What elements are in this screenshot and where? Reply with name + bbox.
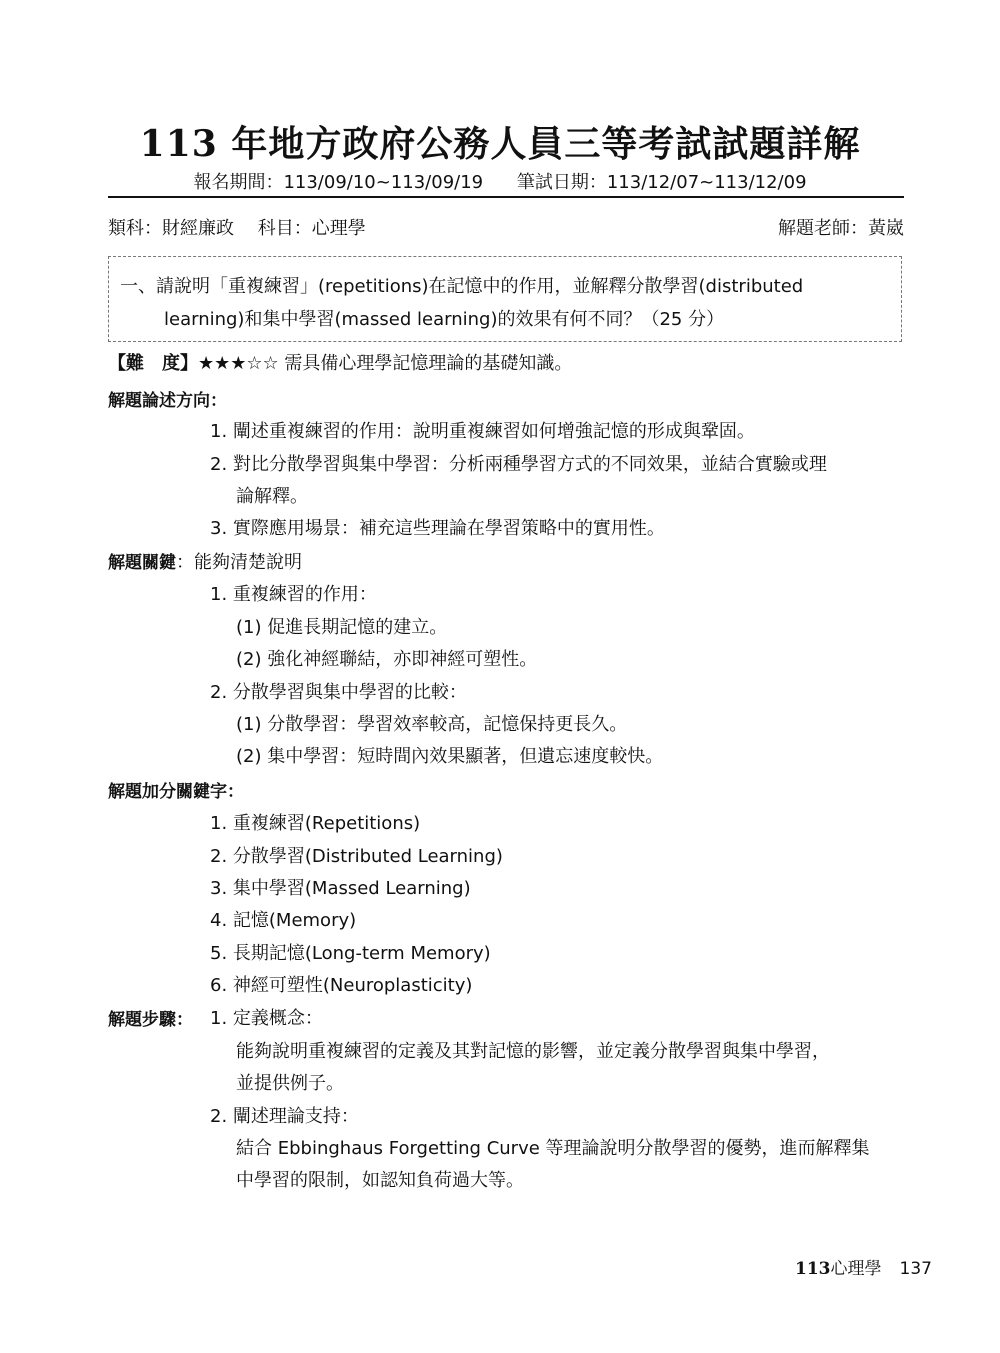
page-footer: 113心理學137	[795, 1254, 932, 1279]
keyword-item: 6. 神經可塑性(Neuroplasticity)	[210, 971, 472, 997]
footer-subject: 心理學	[831, 1259, 882, 1279]
step-item: 中學習的限制，如認知負荷過大等。	[236, 1166, 524, 1192]
key-section: 解題關鍵：能夠清楚說明	[108, 548, 302, 574]
key-item: (2) 集中學習：短時間內效果顯著，但遺忘速度較快。	[236, 742, 663, 768]
keyword-item: 1. 重複練習(Repetitions)	[210, 809, 420, 835]
direction-item: 2. 對比分散學習與集中學習：分析兩種學習方式的不同效果，並結合實驗或理	[210, 450, 827, 476]
direction-item: 1. 闡述重複練習的作用：說明重複練習如何增強記憶的形成與鞏固。	[210, 417, 755, 443]
footer-book-number: 113	[795, 1259, 831, 1279]
key-item: (1) 促進長期記憶的建立。	[236, 613, 447, 639]
written-exam-date: 筆試日期：113/12/07~113/12/09	[517, 172, 807, 193]
key-item: 1. 重複練習的作用：	[210, 580, 377, 606]
keyword-item: 5. 長期記憶(Long-term Memory)	[210, 939, 491, 965]
keyword-item: 2. 分散學習(Distributed Learning)	[210, 842, 503, 868]
registration-period: 報名期間：113/09/10~113/09/19	[193, 172, 483, 193]
step-item: 並提供例子。	[236, 1069, 344, 1095]
steps-heading: 解題步驟：	[108, 1005, 193, 1030]
step-item: 1. 定義概念：	[210, 1004, 323, 1030]
difficulty-label: 【難 度】	[108, 353, 198, 374]
direction-item: 3. 實際應用場景：補充這些理論在學習策略中的實用性。	[210, 514, 665, 540]
step-item: 結合 Ebbinghaus Forgetting Curve 等理論說明分散學習…	[236, 1134, 870, 1160]
teacher: 解題老師：黃崴	[778, 214, 904, 240]
page-title: 113 年地方政府公務人員三等考試試題詳解	[0, 116, 1000, 167]
key-heading: 解題關鍵	[108, 553, 176, 573]
key-item: (1) 分散學習：學習效率較高，記憶保持更長久。	[236, 710, 627, 736]
key-item: 2. 分散學習與集中學習的比較：	[210, 678, 467, 704]
key-heading-suffix: ：能夠清楚說明	[176, 552, 302, 573]
direction-heading: 解題論述方向：	[108, 386, 227, 411]
keyword-item: 3. 集中學習(Massed Learning)	[210, 874, 471, 900]
key-item: (2) 強化神經聯結，亦即神經可塑性。	[236, 645, 537, 671]
difficulty-note: 需具備心理學記憶理論的基礎知識。	[284, 353, 572, 374]
step-item: 能夠說明重複練習的定義及其對記憶的影響，並定義分散學習與集中學習，	[236, 1037, 830, 1063]
direction-item: 論解釋。	[236, 482, 308, 508]
question-line-2: learning)和集中學習(massed learning)的效果有何不同？（…	[164, 305, 724, 331]
subject: 科目：心理學	[258, 218, 366, 239]
header-divider	[108, 196, 904, 198]
difficulty-stars: ★★★☆☆	[198, 353, 279, 374]
keywords-heading: 解題加分關鍵字：	[108, 777, 244, 802]
exam-meta: 類科：財經廉政 科目：心理學 解題老師：黃崴	[108, 214, 904, 240]
keyword-item: 4. 記憶(Memory)	[210, 906, 356, 932]
question-line-1: 一、請說明「重複練習」(repetitions)在記憶中的作用，並解釋分散學習(…	[120, 272, 803, 298]
exam-dates: 報名期間：113/09/10~113/09/19 筆試日期：113/12/07~…	[0, 168, 1000, 194]
step-item: 2. 闡述理論支持：	[210, 1102, 359, 1128]
page-number: 137	[900, 1259, 932, 1279]
difficulty: 【難 度】★★★☆☆ 需具備心理學記憶理論的基礎知識。	[108, 349, 572, 375]
category: 類科：財經廉政	[108, 218, 234, 239]
